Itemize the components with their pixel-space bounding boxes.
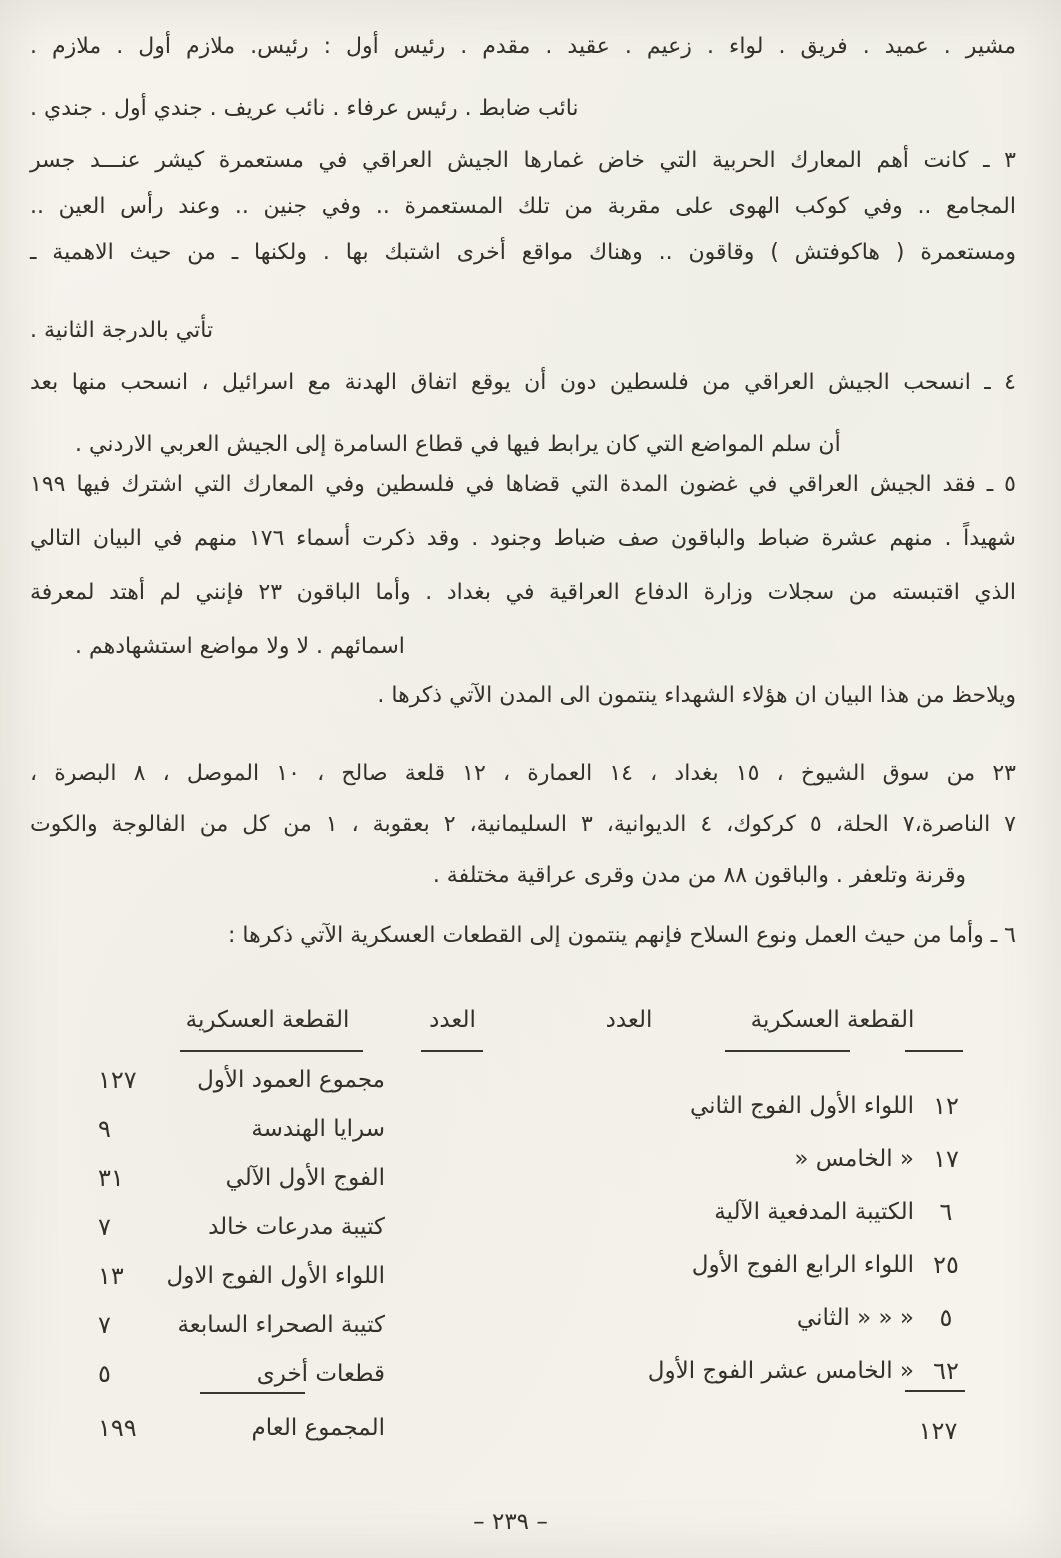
paragraph-ranks: مشير . عميد . فريق . لواء . زعيم . عقيد … (30, 16, 1016, 140)
paragraph-cities-breakdown: ٢٣ من سوق الشيوخ ، ١٥ بغداد ، ١٤ العمارة… (30, 748, 1016, 901)
unit-count: ١٣ (98, 1252, 124, 1301)
unit-count: ٥ (98, 1350, 111, 1399)
unit-count: ٥ (922, 1292, 970, 1345)
paragraph-line: ٦ ـ وأما من حيث العمل ونوع السلاح فإنهم … (30, 912, 1016, 960)
unit-name: الكتيبة المدفعية الآلية (640, 1186, 914, 1239)
table-row: ٧ كتيبة الصحراء السابعة (95, 1301, 385, 1350)
paragraph-line: مشير . عميد . فريق . لواء . زعيم . عقيد … (30, 16, 1016, 78)
table-row: ١٢ اللواء الأول الفوج الثاني (640, 1080, 970, 1133)
table-row: ١٢٧ مجموع العمود الأول (95, 1056, 385, 1105)
unit-name: كتيبة مدرعات خالد (157, 1203, 385, 1252)
unit-count: ٧ (98, 1203, 111, 1252)
paragraph-line: ٣ ـ كانت أهم المعارك الحربية التي خاض غم… (30, 138, 1016, 184)
paragraph-line: المجامع .. وفي كوكب الهوى على مقربة من ت… (30, 184, 1016, 230)
paragraph-line: ٧ الناصرة،٧ الحلة، ٥ كركوك، ٤ الديوانية،… (30, 799, 1016, 850)
table-row: ٢٥ اللواء الرابع الفوج الأول (640, 1239, 970, 1292)
right-table-rows: ١٢ اللواء الأول الفوج الثاني ١٧ « الخامس… (640, 1080, 970, 1398)
paragraph-line: ويلاحظ من هذا البيان ان هؤلاء الشهداء ين… (30, 672, 1016, 720)
unit-name: « « « الثاني (640, 1292, 914, 1345)
unit-count: ٩ (98, 1105, 111, 1154)
unit-count: ٢٥ (922, 1239, 970, 1292)
table-row: ١٧ « الخامس « (640, 1133, 970, 1186)
unit-name: « الخامس عشر الفوج الأول (640, 1345, 914, 1398)
unit-name: اللواء الأول الفوج الثاني (640, 1080, 914, 1133)
unit-count: ١٢ (922, 1080, 970, 1133)
paragraph-note-cities: ويلاحظ من هذا البيان ان هؤلاء الشهداء ين… (30, 672, 1016, 720)
header-underline (905, 1050, 963, 1052)
unit-name: اللواء الرابع الفوج الأول (640, 1239, 914, 1292)
unit-count: ٦ (922, 1186, 970, 1239)
table-row: ٩ سرايا الهندسة (95, 1105, 385, 1154)
unit-name: اللواء الأول الفوج الاول (157, 1252, 385, 1301)
unit-name: سرايا الهندسة (157, 1105, 385, 1154)
table-row: ٥ « « « الثاني (640, 1292, 970, 1345)
paragraph-5-casualties: ٥ ـ فقد الجيش العراقي في غضون المدة التي… (30, 458, 1016, 674)
unit-count: ٧ (98, 1301, 111, 1350)
left-table-unit-header: القطعة العسكرية (185, 998, 350, 1042)
unit-count: ١٧ (922, 1133, 970, 1186)
unit-name: كتيبة الصحراء السابعة (157, 1301, 385, 1350)
total-underline (905, 1390, 965, 1392)
paragraph-6-units-intro: ٦ ـ وأما من حيث العمل ونوع السلاح فإنهم … (30, 912, 1016, 960)
paragraph-line: ٢٣ من سوق الشيوخ ، ١٥ بغداد ، ١٤ العمارة… (30, 748, 1016, 799)
right-table-count-header: العدد (593, 998, 665, 1042)
left-table-rows: ١٢٧ مجموع العمود الأول ٩ سرايا الهندسة ٣… (95, 1056, 385, 1399)
right-table-unit-header: القطعة العسكرية (745, 998, 920, 1042)
scanned-book-page: مشير . عميد . فريق . لواء . زعيم . عقيد … (0, 0, 1061, 1558)
paragraph-line: شهيداً . منهم عشرة ضباط والباقون صف ضباط… (30, 512, 1016, 566)
left-table-total-row: ١٩٩ المجموع العام (95, 1404, 385, 1453)
table-row: ٧ كتيبة مدرعات خالد (95, 1203, 385, 1252)
grand-total-count: ١٩٩ (98, 1404, 137, 1453)
right-table-total: ١٢٧ (908, 1406, 968, 1456)
header-underline (725, 1050, 850, 1052)
total-underline (200, 1392, 305, 1394)
paragraph-line: ٤ ـ انسحب الجيش العراقي من فلسطين دون أن… (30, 352, 1016, 414)
header-underline (421, 1050, 483, 1052)
grand-total-label: المجموع العام (160, 1404, 385, 1453)
paragraph-line: وقرنة وتلعفر . والباقون ٨٨ من مدن وقرى ع… (30, 850, 1016, 901)
table-row: ٣١ الفوج الأول الآلي (95, 1154, 385, 1203)
header-underline (180, 1050, 363, 1052)
paragraph-line: نائب ضابط . رئيس عرفاء . نائب عريف . جند… (30, 78, 1016, 140)
unit-name: الفوج الأول الآلي (157, 1154, 385, 1203)
paragraph-line: ٥ ـ فقد الجيش العراقي في غضون المدة التي… (30, 458, 1016, 512)
paragraph-line: تأتي بالدرجة الثانية . (30, 308, 1016, 354)
paragraph-line: اسمائهم . لا ولا مواضع استشهادهم . (30, 620, 1016, 674)
table-row: ٦ الكتيبة المدفعية الآلية (640, 1186, 970, 1239)
paragraph-3-battles: ٣ ـ كانت أهم المعارك الحربية التي خاض غم… (30, 138, 1016, 354)
unit-count: ٣١ (98, 1154, 124, 1203)
unit-count: ١٢٧ (98, 1056, 137, 1105)
page-number: – ٢٣٩ – (0, 1502, 1061, 1542)
unit-name: مجموع العمود الأول (157, 1056, 385, 1105)
left-table-count-header: العدد (415, 998, 490, 1042)
unit-name: « الخامس « (640, 1133, 914, 1186)
table-row: ١٣ اللواء الأول الفوج الاول (95, 1252, 385, 1301)
paragraph-line: ومستعمرة ( هاكوفتش ) وقاقون .. وهناك موا… (30, 230, 1016, 276)
paragraph-line: الذي اقتبسته من سجلات وزارة الدفاع العرا… (30, 566, 1016, 620)
